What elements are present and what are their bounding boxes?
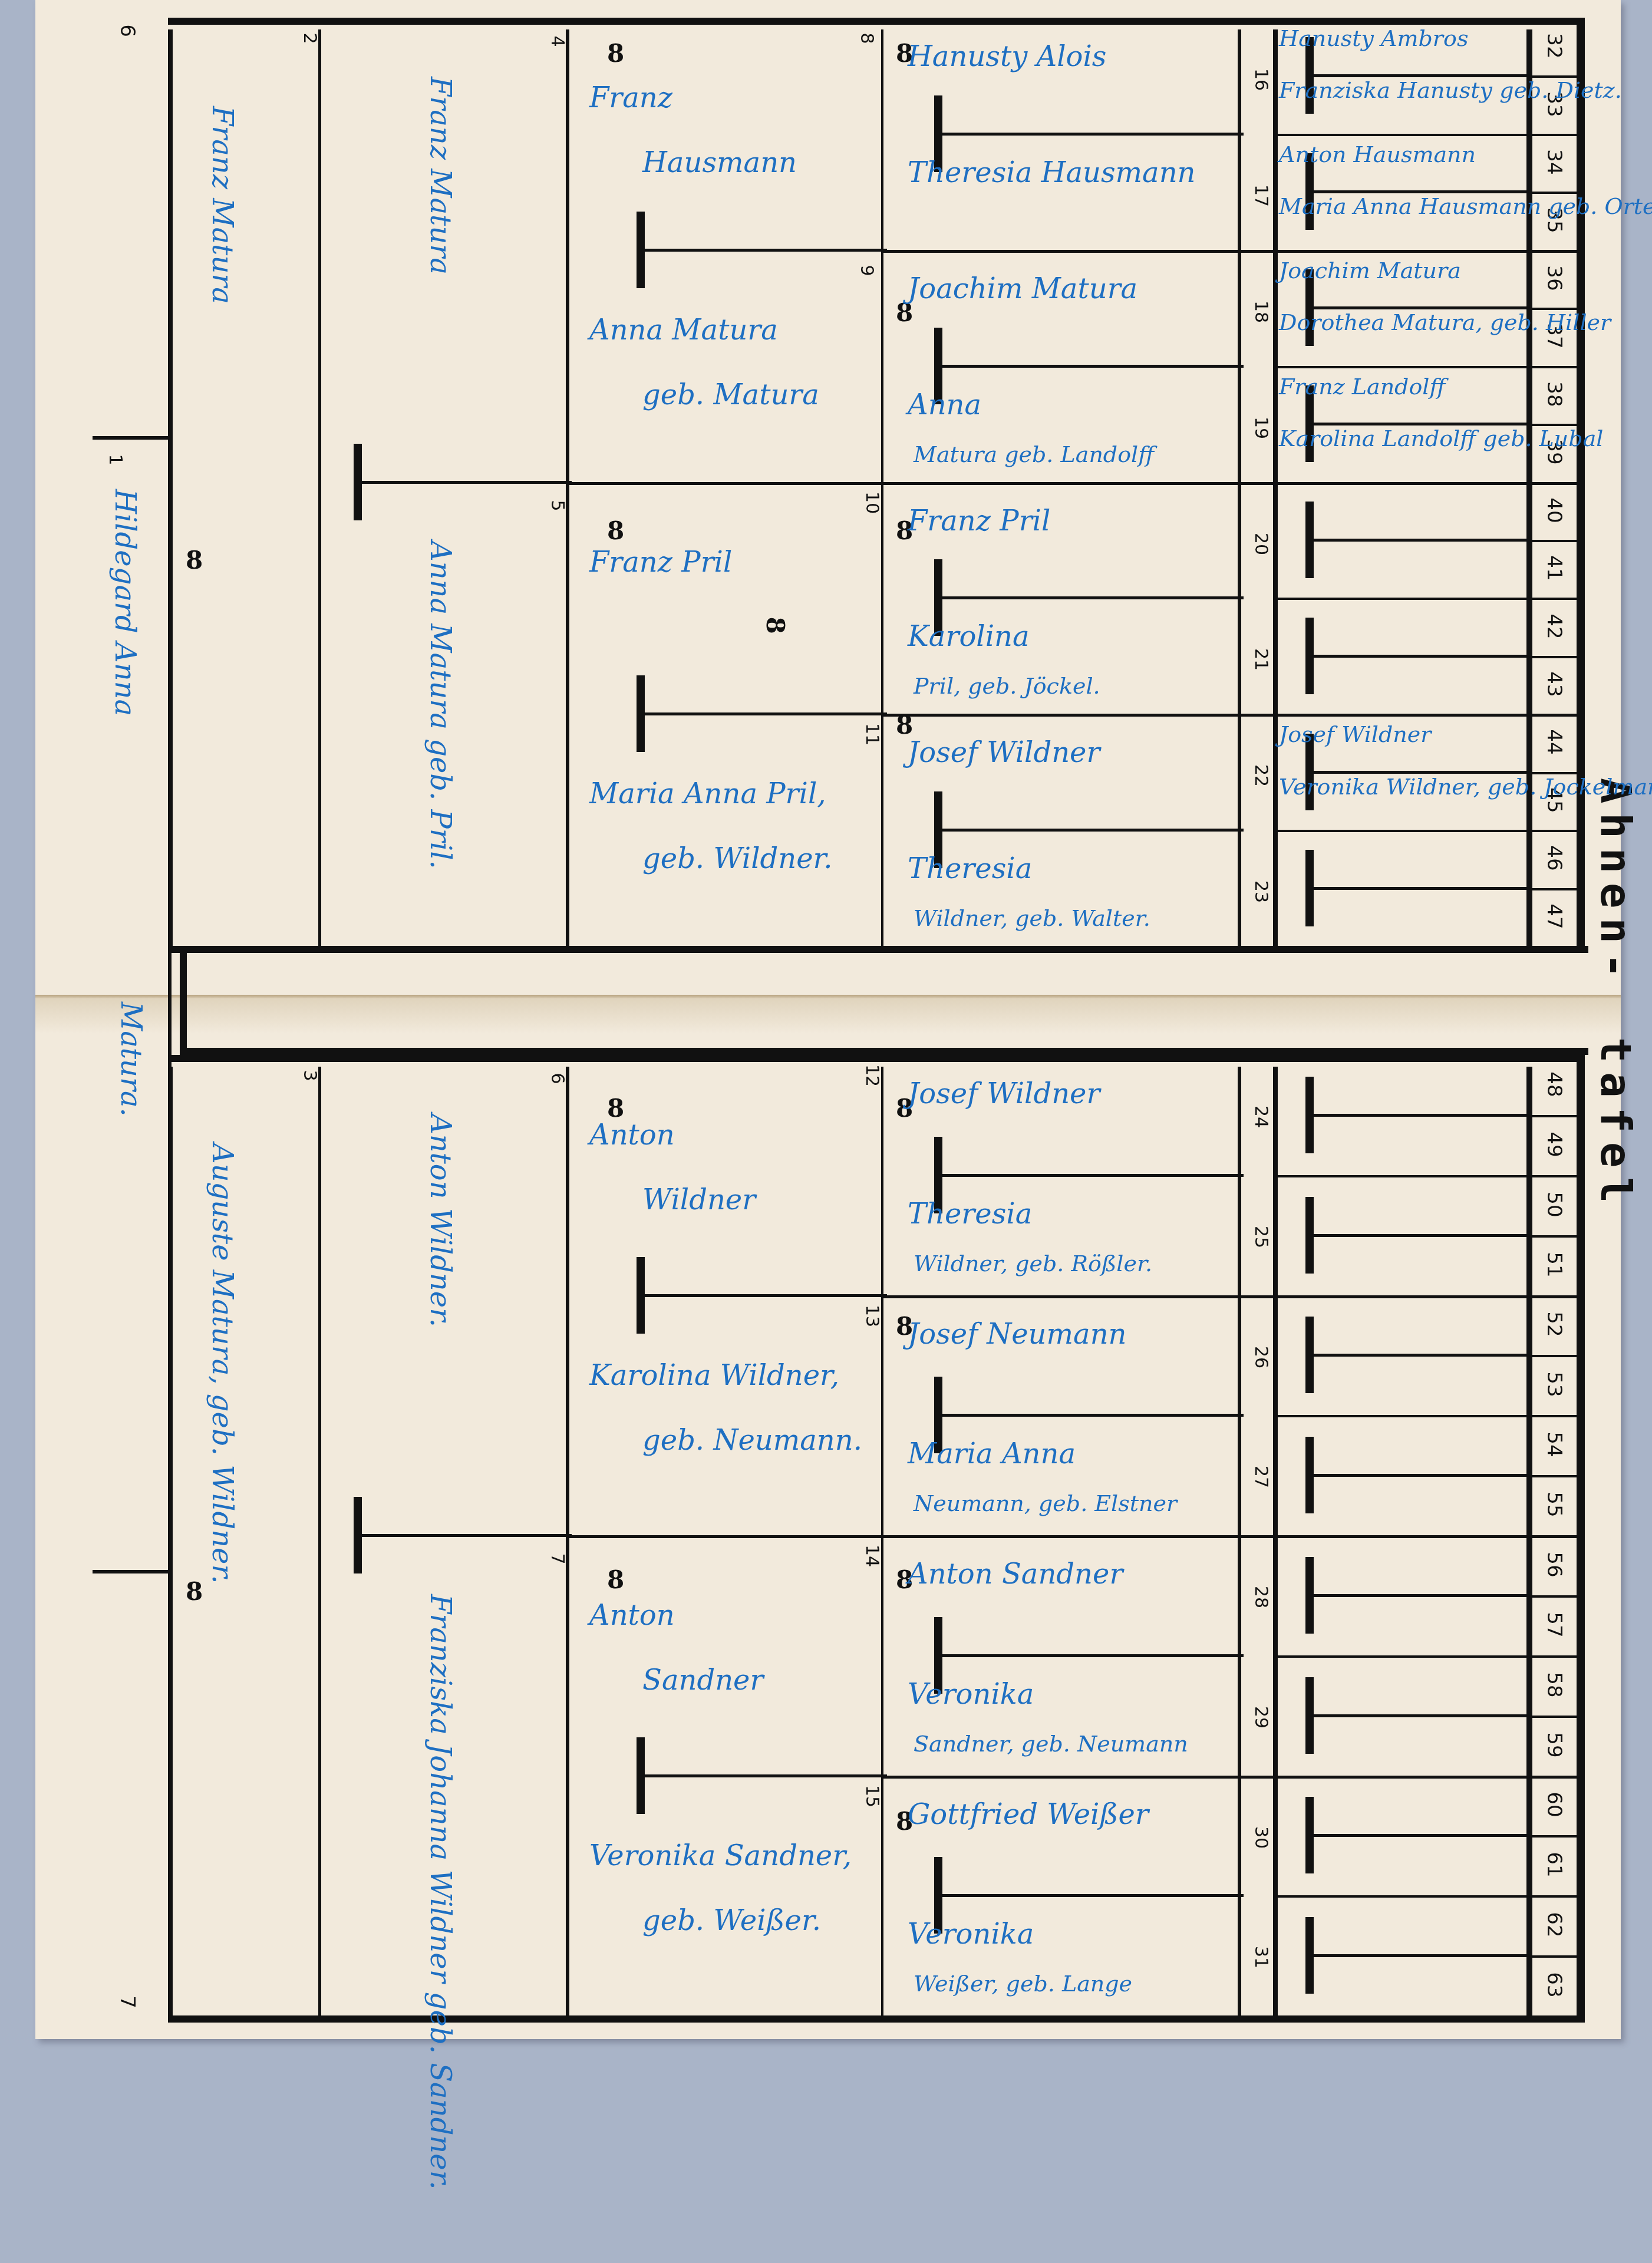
connector-gen4-bar bbox=[940, 133, 1244, 136]
gen5-name-line1: Theresia Hausmann bbox=[908, 157, 1196, 189]
ggp-name-line2: geb. Weißer. bbox=[642, 1905, 821, 1937]
generation-marker: 8 bbox=[607, 41, 624, 66]
connector-gen5-bar bbox=[1311, 1474, 1532, 1477]
gen6-number-divider bbox=[1526, 830, 1577, 832]
gen6-number-divider bbox=[1526, 1955, 1577, 1958]
gen6-number: 62 bbox=[1544, 1912, 1564, 1938]
connector-gen5-bar bbox=[1311, 1354, 1532, 1357]
gen5-name-line1: Veronika bbox=[908, 1919, 1034, 1950]
col-gp-right bbox=[566, 29, 569, 946]
ggp-number: 13 bbox=[863, 1304, 881, 1327]
page-number-bottom: 7 bbox=[117, 1995, 137, 2008]
connector-gen5-bar bbox=[1311, 1594, 1532, 1597]
col-ggp-right bbox=[881, 1067, 883, 2015]
gen6-pair-divider bbox=[1273, 366, 1526, 368]
gen6-name-female: Veronika Wildner, geb. Jockelmann bbox=[1279, 775, 1652, 800]
gen5-name-line1: Joachim Matura bbox=[908, 273, 1137, 305]
row-split bbox=[881, 714, 1577, 717]
gen6-number-divider bbox=[1526, 540, 1577, 542]
gen6-number-divider bbox=[1526, 1895, 1577, 1898]
proband-number: 1 bbox=[106, 454, 124, 465]
connector-gen3-bar bbox=[642, 249, 887, 252]
gen6-number: 34 bbox=[1544, 149, 1564, 174]
col-gen6-right bbox=[1526, 1067, 1532, 2015]
gen5-number: 28 bbox=[1252, 1586, 1269, 1608]
generation-marker: 8 bbox=[607, 519, 624, 543]
gen6-number: 63 bbox=[1544, 1972, 1564, 1997]
gen6-name-male: Hanusty Ambros bbox=[1279, 27, 1468, 51]
gen5-number: 23 bbox=[1252, 880, 1269, 903]
gen6-number-divider bbox=[1526, 1595, 1577, 1598]
gen5-number: 26 bbox=[1252, 1345, 1269, 1368]
ggp-number: 12 bbox=[863, 1064, 881, 1087]
border-right bbox=[1577, 1055, 1585, 2023]
generation-marker: 8 bbox=[763, 616, 787, 634]
ggp-number: 14 bbox=[863, 1545, 881, 1567]
grandparent-name: Anton Wildner. bbox=[424, 1114, 456, 1327]
grandparent-number: 6 bbox=[548, 1073, 566, 1084]
gen6-pair-divider bbox=[1273, 1175, 1526, 1177]
gen5-number: 21 bbox=[1252, 648, 1269, 671]
gen6-pair-divider bbox=[1273, 598, 1526, 600]
parent-name: Auguste Matura, geb. Wildner. bbox=[206, 1143, 238, 1584]
gen6-number: 52 bbox=[1544, 1312, 1564, 1337]
gen5-name-line2: Wildner, geb. Walter. bbox=[914, 906, 1150, 931]
gen6-pair-divider bbox=[1273, 1655, 1526, 1658]
border-bottom bbox=[168, 2015, 1577, 2023]
gen5-name-line1: Josef Wildner bbox=[908, 737, 1100, 768]
gen6-number-divider bbox=[1526, 1355, 1577, 1357]
gen6-name-male: Franz Landolff bbox=[1279, 375, 1445, 400]
row-split bbox=[566, 482, 1577, 485]
gen6-number: 58 bbox=[1544, 1672, 1564, 1697]
generation-marker: 8 bbox=[186, 1579, 203, 1604]
connector-gen5-bar bbox=[1311, 771, 1532, 774]
col-ggp-right bbox=[881, 29, 883, 946]
row-split bbox=[881, 1776, 1577, 1779]
gen6-number-divider bbox=[1526, 1655, 1577, 1658]
gen5-number: 18 bbox=[1252, 301, 1269, 323]
gen5-name-line2: Pril, geb. Jöckel. bbox=[914, 674, 1100, 699]
row-split bbox=[881, 1295, 1577, 1298]
gen6-number-divider bbox=[1526, 598, 1577, 600]
connector-gen4-bar bbox=[940, 596, 1244, 599]
generation-marker: 8 bbox=[607, 1568, 624, 1592]
parent-number: 3 bbox=[301, 1070, 318, 1081]
gen5-name-line1: Maria Anna bbox=[908, 1439, 1076, 1470]
gen6-number-divider bbox=[1526, 1115, 1577, 1117]
gen5-number: 29 bbox=[1252, 1706, 1269, 1728]
gen6-number: 55 bbox=[1544, 1492, 1564, 1517]
gen5-name-line1: Hanusty Alois bbox=[908, 41, 1107, 72]
ggp-name-line1: Franz Pril bbox=[589, 547, 732, 578]
gen6-number: 49 bbox=[1544, 1131, 1564, 1157]
grandparent-number: 4 bbox=[548, 35, 566, 47]
ggp-number: 10 bbox=[863, 491, 881, 513]
gen6-number: 60 bbox=[1544, 1792, 1564, 1817]
gen5-name-line1: Gottfried Weißer bbox=[908, 1799, 1149, 1830]
col-parent-right bbox=[318, 29, 321, 946]
connector-gen5-bar bbox=[1311, 1954, 1532, 1957]
gen6-number: 43 bbox=[1544, 671, 1564, 697]
gen6-number-divider bbox=[1526, 1295, 1577, 1298]
col-gen5-number-right bbox=[1273, 1067, 1278, 2015]
title-tafel: tafel bbox=[1591, 1037, 1641, 1212]
gen5-number: 25 bbox=[1252, 1226, 1269, 1248]
ggp-name-line2: geb. Wildner. bbox=[642, 843, 833, 875]
grandparent-name: Franziska Johanna Wildner geb. Sandner. bbox=[424, 1594, 456, 2190]
gen5-number: 16 bbox=[1252, 68, 1269, 91]
gen5-name-line1: Josef Wildner bbox=[908, 1078, 1100, 1110]
gen6-number: 57 bbox=[1544, 1612, 1564, 1637]
connector-gen2-bar bbox=[360, 1534, 572, 1537]
ggp-name-line2: Hausmann bbox=[642, 147, 797, 179]
gen6-name-male: Anton Hausmann bbox=[1279, 143, 1476, 167]
gen5-number: 22 bbox=[1252, 764, 1269, 787]
gen6-number: 47 bbox=[1544, 903, 1564, 929]
ggp-number: 8 bbox=[858, 32, 875, 44]
connector-gen3-bar bbox=[642, 1774, 887, 1777]
connector-gen4-bar bbox=[940, 365, 1244, 368]
ggp-name-line2: Sandner bbox=[642, 1665, 763, 1696]
gen6-number: 56 bbox=[1544, 1552, 1564, 1577]
ggp-name-line2: geb. Neumann. bbox=[642, 1425, 862, 1456]
connector-gen4-bar bbox=[940, 1654, 1244, 1657]
gen6-name-female: Maria Anna Hausmann geb. Ortel bbox=[1279, 194, 1652, 219]
gen6-number: 42 bbox=[1544, 613, 1564, 639]
row-split bbox=[566, 1535, 1577, 1538]
generation-marker: 8 bbox=[607, 1096, 624, 1121]
gen6-number: 59 bbox=[1544, 1732, 1564, 1757]
connector-gen3-bar bbox=[642, 712, 887, 715]
proband-name-line2: Matura. bbox=[115, 1002, 146, 1117]
gen6-number: 48 bbox=[1544, 1071, 1564, 1097]
col-gen6-right bbox=[1526, 29, 1532, 946]
border-top bbox=[168, 18, 1577, 25]
gen6-number: 40 bbox=[1544, 497, 1564, 523]
col-parent-right bbox=[318, 1067, 321, 2015]
ggp-number: 11 bbox=[863, 723, 881, 745]
ggp-number: 15 bbox=[863, 1784, 881, 1807]
ggp-name-line1: Anna Matura bbox=[589, 315, 778, 346]
page-number-top: 6 bbox=[117, 24, 137, 37]
gen5-number: 30 bbox=[1252, 1826, 1269, 1848]
gen6-name-female: Dorothea Matura, geb. Hiller bbox=[1279, 311, 1611, 335]
gen6-number: 44 bbox=[1544, 730, 1564, 755]
ggp-name-line1: Anton bbox=[589, 1600, 675, 1631]
gen6-number-divider bbox=[1526, 714, 1577, 716]
connector-gen5-bar bbox=[1311, 1714, 1532, 1717]
ggp-name-line1: Karolina Wildner, bbox=[589, 1360, 839, 1391]
gen6-number-divider bbox=[1526, 366, 1577, 368]
ggp-name-line2: Wildner bbox=[642, 1185, 756, 1216]
gen6-number-divider bbox=[1526, 250, 1577, 252]
gen6-number: 50 bbox=[1544, 1192, 1564, 1217]
gen5-name-line1: Theresia bbox=[908, 853, 1032, 885]
gen6-number: 53 bbox=[1544, 1372, 1564, 1397]
gen6-number-divider bbox=[1526, 1235, 1577, 1238]
gen6-number: 38 bbox=[1544, 381, 1564, 407]
gen6-pair-divider bbox=[1273, 1415, 1526, 1417]
connector-gen5-bar bbox=[1311, 1234, 1532, 1237]
gen6-pair-divider bbox=[1273, 830, 1526, 832]
gen5-name-line1: Veronika bbox=[908, 1679, 1034, 1710]
connector-gen5-bar bbox=[1311, 1834, 1532, 1837]
gen5-name-line1: Karolina bbox=[908, 621, 1030, 652]
gen6-pair-divider bbox=[1273, 1895, 1526, 1898]
connector-gen5-bar bbox=[1311, 1114, 1532, 1117]
connector-gen5-bar bbox=[1311, 887, 1532, 890]
gen6-number: 46 bbox=[1544, 846, 1564, 871]
gen6-number-divider bbox=[1526, 482, 1577, 484]
gen5-number: 31 bbox=[1252, 1946, 1269, 1968]
col-gen5-right bbox=[1238, 1067, 1241, 2015]
parent-number: 2 bbox=[301, 32, 318, 44]
connector-gen4-bar bbox=[940, 1174, 1244, 1177]
gen6-number-divider bbox=[1526, 1415, 1577, 1417]
gen6-number-divider bbox=[1526, 656, 1577, 658]
col-gp-right bbox=[566, 1067, 569, 2015]
connector-gen4-bar bbox=[940, 1414, 1244, 1417]
gen6-number: 36 bbox=[1544, 265, 1564, 291]
gen6-number-divider bbox=[1526, 1175, 1577, 1177]
gen5-number: 20 bbox=[1252, 532, 1269, 555]
fold-bracket bbox=[180, 946, 1588, 1055]
gen5-name-line2: Matura geb. Landolff bbox=[914, 443, 1154, 467]
grandparent-number: 7 bbox=[548, 1553, 566, 1564]
row-split bbox=[881, 250, 1577, 253]
gen5-name-line1: Theresia bbox=[908, 1199, 1032, 1230]
gen6-number-divider bbox=[1526, 1776, 1577, 1778]
connector-gen4-bar bbox=[940, 1894, 1244, 1897]
connector-gen5-bar bbox=[1311, 539, 1532, 542]
proband-name-line1: Hildegard Anna bbox=[109, 489, 140, 716]
gen6-name-male: Joachim Matura bbox=[1279, 259, 1461, 283]
connector-gen4-bar bbox=[940, 829, 1244, 832]
gen5-name-line1: Anna bbox=[908, 390, 981, 421]
gen5-name-line1: Anton Sandner bbox=[908, 1559, 1123, 1590]
gen6-number-divider bbox=[1526, 1716, 1577, 1718]
ggp-name-line1: Veronika Sandner, bbox=[589, 1840, 852, 1872]
gen5-name-line1: Franz Pril bbox=[908, 506, 1050, 537]
gen6-number: 54 bbox=[1544, 1432, 1564, 1457]
connector-gen5-bar bbox=[1311, 655, 1532, 658]
connector-gen2-bar bbox=[360, 481, 572, 484]
grandparent-name: Anna Matura geb. Pril. bbox=[424, 541, 456, 869]
gen6-name-male: Josef Wildner bbox=[1279, 723, 1431, 747]
gen5-name-line1: Josef Neumann bbox=[908, 1319, 1126, 1350]
gen5-number: 24 bbox=[1252, 1106, 1269, 1128]
col-gen5-number-right bbox=[1273, 29, 1278, 946]
ggp-name-line1: Maria Anna Pril, bbox=[589, 778, 826, 810]
grandparent-number: 5 bbox=[548, 500, 566, 511]
grandparent-name: Franz Matura bbox=[424, 77, 456, 275]
gen5-name-line2: Wildner, geb. Rößler. bbox=[914, 1252, 1152, 1276]
ggp-name-line2: geb. Matura bbox=[642, 380, 819, 411]
gen6-number-divider bbox=[1526, 1835, 1577, 1838]
col-gen5-right bbox=[1238, 29, 1241, 946]
gen6-name-female: Karolina Landolff geb. Lubal bbox=[1279, 427, 1603, 451]
gen6-number-divider bbox=[1526, 1475, 1577, 1477]
gen6-pair-divider bbox=[1273, 134, 1526, 136]
parent-name: Franz Matura bbox=[206, 106, 238, 304]
gen5-name-line2: Weißer, geb. Lange bbox=[914, 1972, 1132, 1997]
generation-marker: 8 bbox=[896, 713, 913, 738]
gen5-number: 19 bbox=[1252, 417, 1269, 439]
gen5-number: 27 bbox=[1252, 1466, 1269, 1488]
gen6-number-divider bbox=[1526, 134, 1577, 136]
border-right bbox=[1577, 18, 1585, 953]
gen6-number: 61 bbox=[1544, 1852, 1564, 1878]
gen6-number-divider bbox=[1526, 1535, 1577, 1538]
connector-gen3-bar bbox=[642, 1294, 887, 1297]
gen6-number: 41 bbox=[1544, 556, 1564, 581]
gen5-name-line2: Sandner, geb. Neumann bbox=[914, 1732, 1188, 1757]
gen5-number: 17 bbox=[1252, 184, 1269, 207]
gen6-number: 51 bbox=[1544, 1252, 1564, 1277]
border-top bbox=[168, 1055, 1577, 1062]
ggp-name-line1: Franz bbox=[589, 83, 672, 114]
gen5-name-line2: Neumann, geb. Elstner bbox=[914, 1492, 1177, 1516]
ggp-name-line1: Anton bbox=[589, 1120, 675, 1151]
gen6-number: 32 bbox=[1544, 34, 1564, 59]
gen6-number-divider bbox=[1526, 888, 1577, 890]
gen6-name-female: Franziska Hanusty geb. Dietz. bbox=[1279, 78, 1622, 103]
generation-marker: 8 bbox=[186, 548, 203, 573]
ggp-number: 9 bbox=[858, 265, 875, 276]
title-ahnen: Ahnen- bbox=[1591, 778, 1641, 988]
